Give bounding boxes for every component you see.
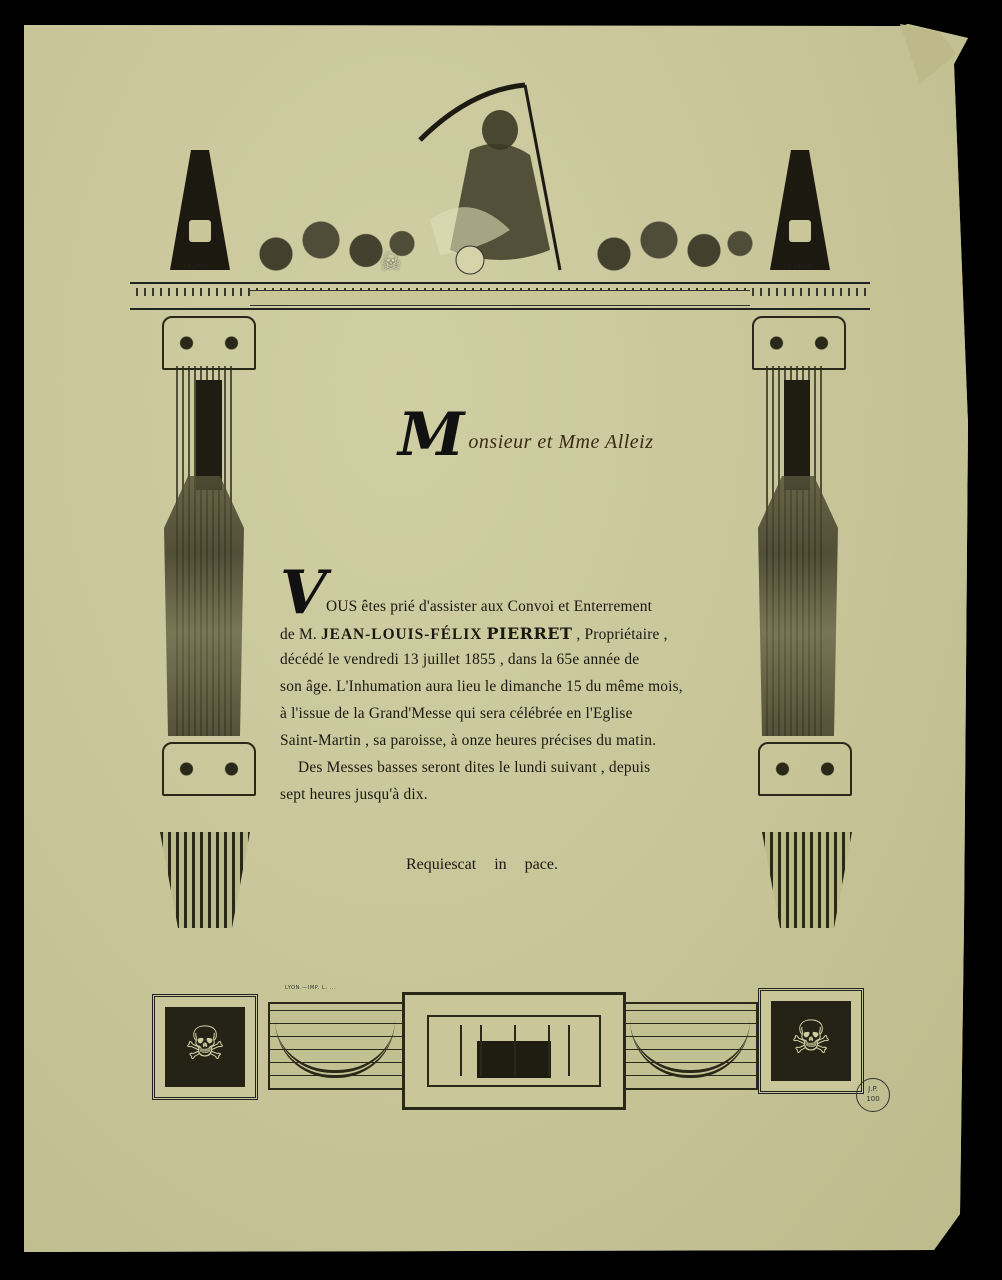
skull-crossbones-icon: ☠ <box>790 1014 831 1060</box>
body-line-2: de M. JEAN-LOUIS-FÉLIX PIERRET , Proprié… <box>280 624 668 644</box>
left-column-shadow <box>196 380 222 490</box>
printer-imprint: LYON.—IMP. L. ... <box>285 985 336 991</box>
body-line-4: son âge. L'Inhumation aura lieu le diman… <box>280 678 683 696</box>
top-cornice-band <box>250 290 750 306</box>
right-foliage-ornament <box>578 212 758 282</box>
skull-ornament: ☠ <box>380 248 402 276</box>
left-column-capital <box>162 316 256 370</box>
body-line-8: sept heures jusqu'à dix. <box>280 786 428 804</box>
skull-crossbones-icon: ☠ <box>184 1020 225 1066</box>
body-line-7: Des Messes basses seront dites le lundi … <box>298 759 650 777</box>
body-line-1: OUS êtes prié d'assister aux Convoi et E… <box>326 598 652 616</box>
altar-panel <box>402 992 626 1110</box>
right-column-shadow <box>784 380 810 490</box>
left-angel-figure <box>164 476 244 736</box>
deceased-given-names: JEAN-LOUIS-FÉLIX <box>321 626 482 643</box>
right-skull-crossbones-panel: ☠ <box>758 988 864 1094</box>
body-line-5: à l'issue de la Grand'Messe qui sera cél… <box>280 705 633 723</box>
left-column-base-capital <box>162 742 256 796</box>
handwritten-addressee: onsieur et Mme Alleiz <box>468 431 653 454</box>
reaper-with-scythe-illustration <box>410 80 590 280</box>
left-pedestal-label: LALPEIR <box>184 264 208 270</box>
right-angel-figure <box>758 476 838 736</box>
left-skull-crossbones-panel: ☠ <box>152 994 258 1100</box>
closing-requiescat: Requiescat in pace. <box>406 856 558 874</box>
deceased-surname: PIERRET <box>486 624 572 643</box>
drop-cap: V <box>280 568 327 618</box>
body-line-6: Saint-Martin , sa paroisse, à onze heure… <box>280 732 656 750</box>
right-pedestal-label: DE GENAY <box>784 264 813 270</box>
salutation-initial: M <box>398 408 464 462</box>
salutation: M onsieur et Mme Alleiz <box>398 408 654 462</box>
right-column-capital <box>752 316 846 370</box>
archive-stamp: J.P. 100 <box>856 1078 890 1112</box>
body-line-3: décédé le vendredi 13 juillet 1855 , dan… <box>280 651 639 669</box>
right-column-base-capital <box>758 742 852 796</box>
